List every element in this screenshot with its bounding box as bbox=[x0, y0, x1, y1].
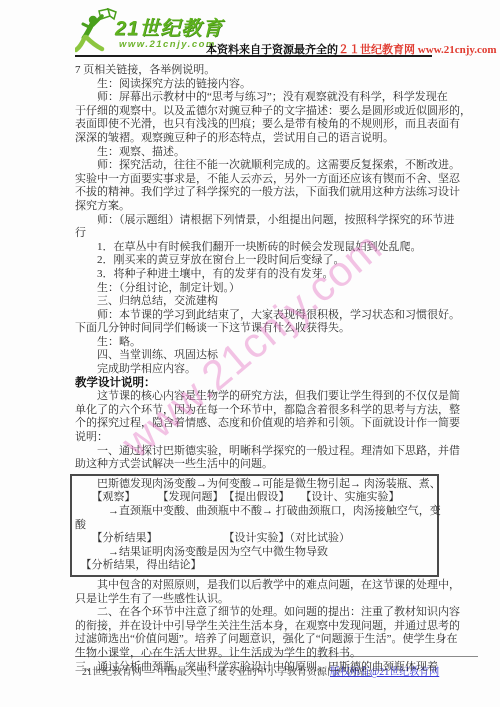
paragraph-block: 这节课的核心内容是生物学的研究方法，但我们要让学生得到的不仅仅是简单化了的六个环… bbox=[75, 390, 434, 472]
text-line: 下面几分钟时间同学们畅谈一下这节课有什么收获得失。 bbox=[75, 322, 434, 336]
document-body: 7 页相关链接，各举例说明。 生：阅读探究方法的链接内容。 师：屏幕出示教材中的… bbox=[75, 64, 434, 674]
text-line: 深深的皱褶。观察豌豆种子的形态特点，尝试用自己的语言说明。 bbox=[75, 132, 434, 146]
text-line: 一、通过探讨巴斯德实验，明晰科学探究的一般过程。理清如下思路，并借 bbox=[75, 445, 434, 459]
text-line: 表面即使不光滑，也只有浅浅的凹痕；要么是带有棱角的不规则形，而且表面有 bbox=[75, 118, 434, 132]
document-page: 21世纪教育 www.21cnjy.com 本资料来自于资源最齐全的２１世纪教育… bbox=[0, 0, 500, 707]
text-line: 巴斯德发现肉汤变酸→为何变酸→可能是微生物引起→ 肉汤装瓶、煮、 bbox=[75, 478, 434, 492]
text-line: 二、在各个环节中注意了细节的处理。如问题的提出：注重了教材知识内容 bbox=[75, 606, 434, 620]
paragraph-block: 其中包含的对照原则，是我们以后教学中的难点问题，在这节课的处理中，只是让学生有了… bbox=[75, 579, 434, 674]
section-heading: 教学设计说明： bbox=[75, 377, 434, 391]
text-line: 生物小课堂，心在生活大世界。让生活成为学生的教科书。 bbox=[75, 647, 434, 661]
text-line: 7 页相关链接，各举例说明。 bbox=[75, 64, 434, 78]
text-line: 1．在草丛中有时候我们翻开一块断砖的时候会发现鼠妇到处乱爬。 bbox=[75, 241, 434, 255]
text-line: 师：（展示题组）请根据下列情景，小组提出问题，按照科学探究的环节进 bbox=[75, 214, 434, 228]
text-line: 三、归纳总结，交流建构 bbox=[75, 295, 434, 309]
text-line: 说明： bbox=[75, 431, 434, 445]
brand-url: www.21cnjy.com bbox=[119, 39, 216, 50]
brand-title: 21世纪教育 bbox=[115, 12, 223, 41]
text-line: 只是让学生有了一些感性认识。 bbox=[75, 593, 434, 607]
text-line: 【分析结果】 【设计实验】（对比试验） bbox=[75, 532, 434, 546]
text-line: 三、通过分析曲颈瓶，突出科学实验设计中的原则。巴斯德的曲颈瓶体现着 bbox=[75, 661, 434, 675]
text-line: 实验中一方面要实事求是，不能人云亦云，另外一方面还应该有锲而不舍、坚忍 bbox=[75, 173, 434, 187]
header-divider bbox=[75, 55, 432, 57]
text-line: 生：（分组讨论，制定计划。） bbox=[75, 282, 434, 296]
text-line: 【分析结果，得出结论】 bbox=[75, 559, 434, 573]
text-line: 单化了的六个环节，因为在每一个环节中，都隐含着很多科学的思考与方法，整 bbox=[75, 404, 434, 418]
header: 21世纪教育 www.21cnjy.com 本资料来自于资源最齐全的２１世纪教育… bbox=[75, 8, 435, 54]
text-line: 完成助学相应内容。 bbox=[75, 363, 434, 377]
running-person-logo-icon bbox=[75, 8, 117, 54]
flowchart-box: 巴斯德发现肉汤变酸→为何变酸→可能是微生物引起→ 肉汤装瓶、煮、 【观察】 【发… bbox=[70, 474, 439, 577]
text-line: 这节课的核心内容是生物学的研究方法，但我们要让学生得到的不仅仅是简 bbox=[75, 390, 434, 404]
text-line: →结果证明肉汤变酸是因为空气中微生物导致 bbox=[75, 546, 434, 560]
text-line: 师：屏幕出示教材中的“思考与练习”；没有观察就没有科学，科学发现在 bbox=[75, 91, 434, 105]
text-line: 四、当堂训练、巩固达标 bbox=[75, 349, 434, 363]
text-line: 于仔细的观察中。以及孟德尔对豌豆种子的文字描述：要么是圆形或近似圆形的， bbox=[75, 105, 434, 119]
text-line: 师：探究活动，往往不能一次就顺利完成的。这需要反复探索，不断改进。 bbox=[75, 159, 434, 173]
text-line: 酸 bbox=[75, 519, 434, 533]
text-line: 行 bbox=[75, 227, 434, 241]
text-line: 其中包含的对照原则，是我们以后教学中的难点问题，在这节课的处理中， bbox=[75, 579, 434, 593]
text-line: 生：阅读探究方法的链接内容。 bbox=[75, 78, 434, 92]
text-line: 3．将种子种进土壤中，有的发芽有的没有发芽。 bbox=[75, 268, 434, 282]
text-line: 不拔的精神。我们学过了科学探究的一般方法，下面我们就用这种方法练习设计 bbox=[75, 186, 434, 200]
paragraph-block: 7 页相关链接，各举例说明。 生：阅读探究方法的链接内容。 师：屏幕出示教材中的… bbox=[75, 64, 434, 377]
text-line: 的衔接，并在设计中引导学生关注生活本身，在观察中发现问题，并通过思考的 bbox=[75, 620, 434, 634]
text-line: 助这种方式尝试解决一些生活中的问题。 bbox=[75, 458, 434, 472]
text-line: 过滤筛选出“价值问题”。培养了问题意识，强化了“问题源于生活”。使学生身在 bbox=[75, 633, 434, 647]
text-line: →直颈瓶中变酸、曲颈瓶中不酸→ 打破曲颈瓶口，肉汤接触空气，变 bbox=[75, 505, 434, 519]
text-line: 生：观察、描述。 bbox=[75, 146, 434, 160]
text-line: 探究方案。 bbox=[75, 200, 434, 214]
text-line: 师：本节课的学习到此结束了，大家表现得很积极，学习状态和习惯很好。 bbox=[75, 309, 434, 323]
text-line: 个的探究过程，隐含着情感、态度和价值观的培养和引领。下面就设计作一简要 bbox=[75, 417, 434, 431]
flowchart-lines: 巴斯德发现肉汤变酸→为何变酸→可能是微生物引起→ 肉汤装瓶、煮、 【观察】 【发… bbox=[75, 478, 434, 573]
text-line: 2．刚买来的黄豆芽放在窗台上一段时间后变绿了。 bbox=[75, 254, 434, 268]
text-line: 【观察】 【发现问题】 【提出假设】 【设计、实施实验】 bbox=[75, 491, 434, 505]
text-line: 生：略。 bbox=[75, 336, 434, 350]
